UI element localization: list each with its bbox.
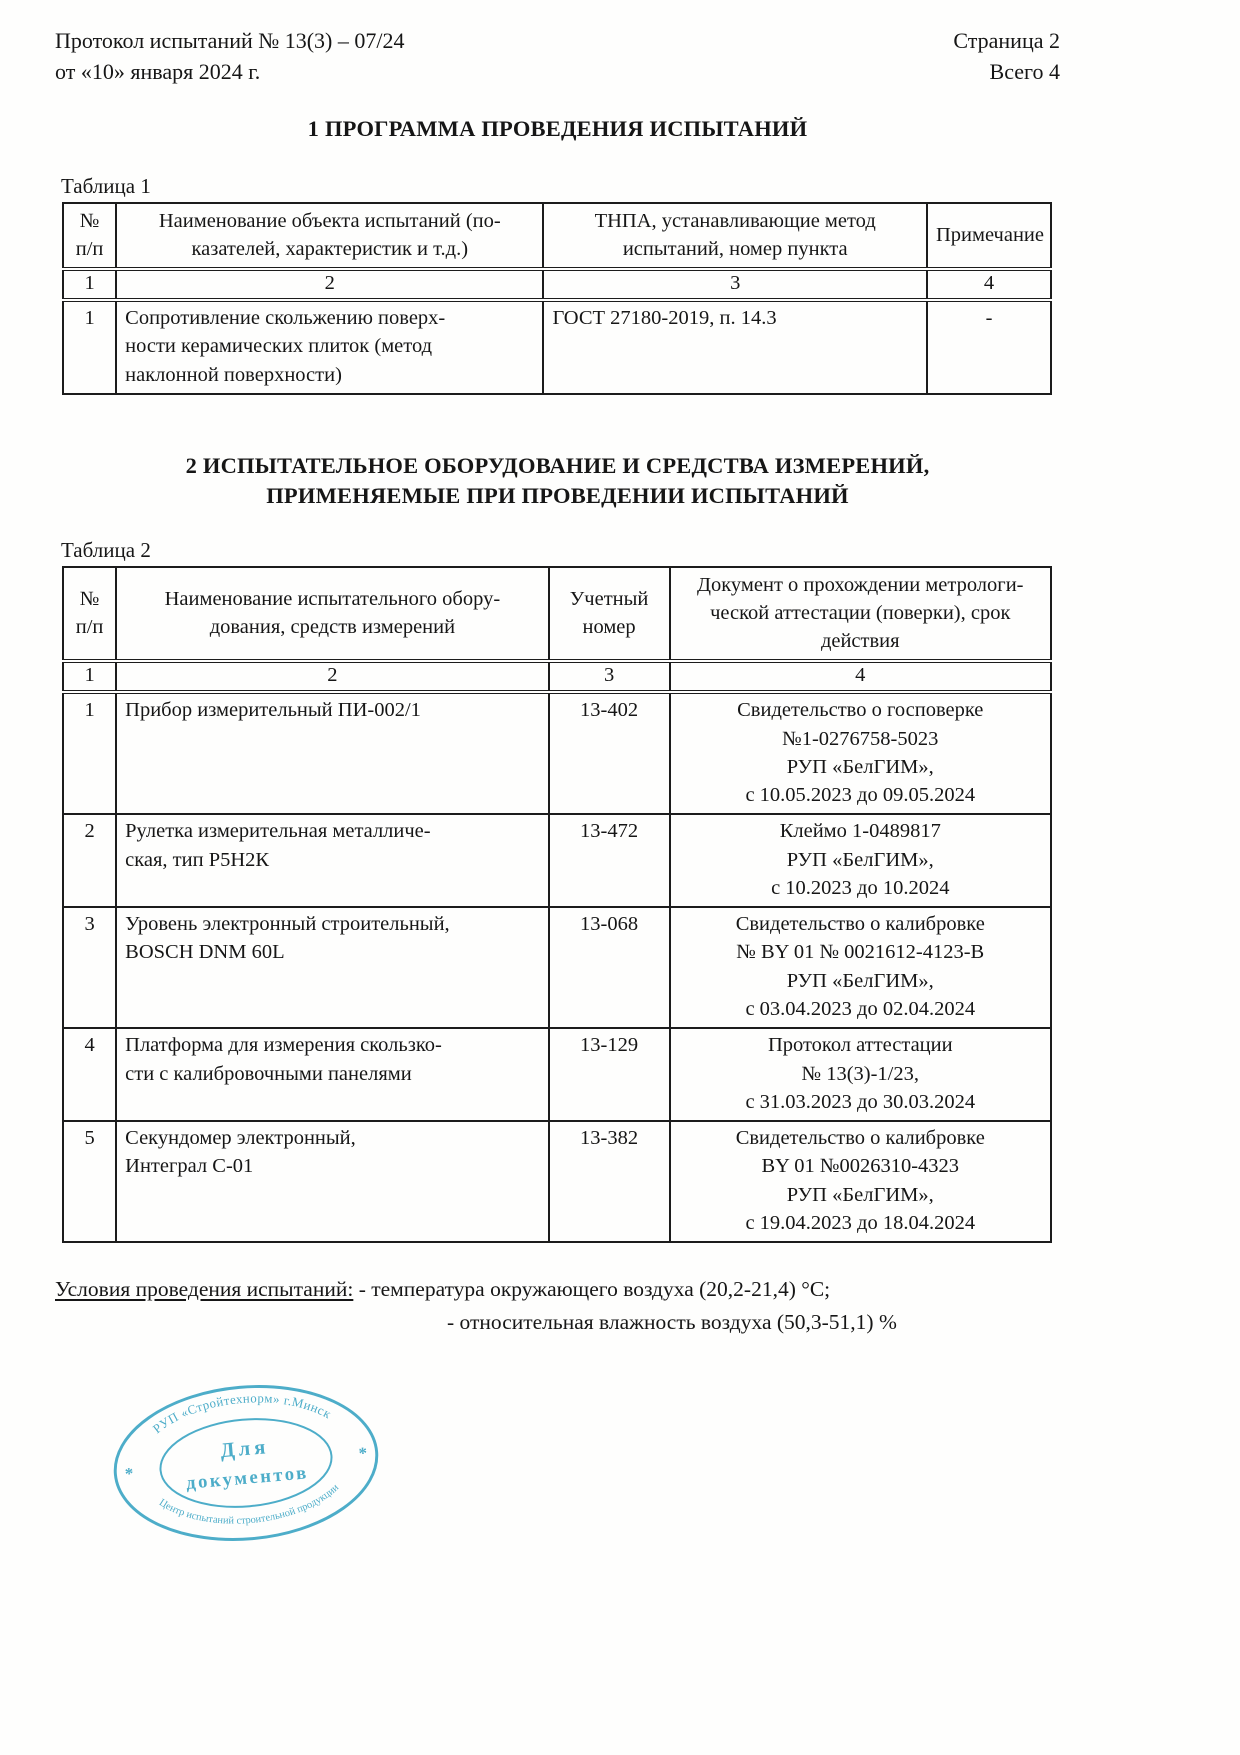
table2-r5-num: 5 — [63, 1121, 116, 1242]
table1-row-1: 1 Сопротивление скольжению поверх- ности… — [63, 300, 1051, 394]
section2-title-line1: 2 ИСПЫТАТЕЛЬНОЕ ОБОРУДОВАНИЕ И СРЕДСТВА … — [55, 451, 1060, 481]
section1-title: 1 ПРОГРАММА ПРОВЕДЕНИЯ ИСПЫТАНИЙ — [55, 114, 1060, 144]
table-program: № п/п Наименование объекта испытаний (по… — [62, 202, 1052, 395]
table2-colnum-3: 3 — [549, 661, 670, 693]
table2-row-3: 3 Уровень электронный строительный, BOSC… — [63, 907, 1051, 1028]
pagination-block: Страница 2 Всего 4 — [953, 26, 1060, 88]
table2-r5-regnum: 13-382 — [549, 1121, 670, 1242]
table2-r3-regnum: 13-068 — [549, 907, 670, 1028]
table2-r2-document: Клеймо 1-0489817 РУП «БелГИМ», с 10.2023… — [670, 814, 1051, 907]
table2-row-2: 2 Рулетка измерительная металличе- ская,… — [63, 814, 1051, 907]
table2-r5-document: Свидетельство о калибровке BY 01 №002631… — [670, 1121, 1051, 1242]
table2-r3-equipment: Уровень электронный строительный, BOSCH … — [116, 907, 549, 1028]
table1-colnum-2: 2 — [116, 269, 543, 301]
organization-stamp: РУП «Стройтехнорм» г.Минск Центр испытан… — [101, 1370, 390, 1555]
table1-cell-tnpa: ГОСТ 27180-2019, п. 14.3 — [543, 300, 927, 394]
table2-row-1: 1 Прибор измерительный ПИ-002/1 13-402 С… — [63, 692, 1051, 814]
table2-colnum-1: 1 — [63, 661, 116, 693]
table2-header-regnum: Учетный номер — [549, 567, 670, 661]
table-equipment: № п/п Наименование испытательного обору-… — [62, 566, 1052, 1244]
conditions-label: Условия проведения испытаний: — [55, 1277, 353, 1301]
stamp-star-left: * — [124, 1464, 134, 1484]
table2-header-equipment: Наименование испытательного обору- дован… — [116, 567, 549, 661]
page-number: Страница 2 — [953, 26, 1060, 57]
test-conditions: Условия проведения испытаний: - температ… — [55, 1273, 1060, 1338]
table2-r2-num: 2 — [63, 814, 116, 907]
protocol-number-block: Протокол испытаний № 13(3) – 07/24 от «1… — [55, 26, 405, 88]
table1-header-tnpa: ТНПА, устанавливающие метод испытаний, н… — [543, 203, 927, 269]
table2-r1-regnum: 13-402 — [549, 692, 670, 814]
table2-r4-regnum: 13-129 — [549, 1028, 670, 1121]
table2-r4-document: Протокол аттестации № 13(3)-1/23, с 31.0… — [670, 1028, 1051, 1121]
table2-r2-equipment: Рулетка измерительная металличе- ская, т… — [116, 814, 549, 907]
table1-numbering-row: 1 2 3 4 — [63, 269, 1051, 301]
total-pages: Всего 4 — [953, 57, 1060, 88]
stamp-graphic: РУП «Стройтехнорм» г.Минск Центр испытан… — [101, 1370, 390, 1555]
stamp-ring-bottom-text: Центр испытаний строительной продукции — [156, 1481, 344, 1534]
table1-colnum-3: 3 — [543, 269, 927, 301]
section2-title-line2: ПРИМЕНЯЕМЫЕ ПРИ ПРОВЕДЕНИИ ИСПЫТАНИЙ — [55, 481, 1060, 511]
table2-r4-num: 4 — [63, 1028, 116, 1121]
table2-header-document: Документ о прохождении метрологи- ческой… — [670, 567, 1051, 661]
table1-cell-object: Сопротивление скольжению поверх- ности к… — [116, 300, 543, 394]
document-page: Протокол испытаний № 13(3) – 07/24 от «1… — [0, 0, 1240, 1755]
table2-r5-equipment: Секундомер электронный, Интеграл С-01 — [116, 1121, 549, 1242]
table1-colnum-1: 1 — [63, 269, 116, 301]
table1-header-num: № п/п — [63, 203, 116, 269]
stamp-star-right: * — [358, 1443, 368, 1463]
table2-colnum-2: 2 — [116, 661, 549, 693]
conditions-humidity: - относительная влажность воздуха (50,3-… — [55, 1306, 1060, 1338]
table2-row-5: 5 Секундомер электронный, Интеграл С-01 … — [63, 1121, 1051, 1242]
page-header: Протокол испытаний № 13(3) – 07/24 от «1… — [55, 26, 1060, 88]
table1-colnum-4: 4 — [927, 269, 1051, 301]
table2-r3-num: 3 — [63, 907, 116, 1028]
table2-r4-equipment: Платформа для измерения скользко- сти с … — [116, 1028, 549, 1121]
table1-header-row: № п/п Наименование объекта испытаний (по… — [63, 203, 1051, 269]
protocol-number: Протокол испытаний № 13(3) – 07/24 — [55, 26, 405, 57]
table2-r3-document: Свидетельство о калибровке № BY 01 № 002… — [670, 907, 1051, 1028]
table1-cell-note: - — [927, 300, 1051, 394]
table2-r2-regnum: 13-472 — [549, 814, 670, 907]
protocol-date: от «10» января 2024 г. — [55, 57, 405, 88]
table2-header-num: № п/п — [63, 567, 116, 661]
table2-row-4: 4 Платформа для измерения скользко- сти … — [63, 1028, 1051, 1121]
table2-r1-equipment: Прибор измерительный ПИ-002/1 — [116, 692, 549, 814]
table2-header-row: № п/п Наименование испытательного обору-… — [63, 567, 1051, 661]
section2-title: 2 ИСПЫТАТЕЛЬНОЕ ОБОРУДОВАНИЕ И СРЕДСТВА … — [55, 451, 1060, 512]
table2-r1-document: Свидетельство о госповерке №1-0276758-50… — [670, 692, 1051, 814]
table1-header-note: Примечание — [927, 203, 1051, 269]
stamp-center-line1: Для — [219, 1436, 270, 1462]
table2-numbering-row: 1 2 3 4 — [63, 661, 1051, 693]
conditions-temperature: - температура окружающего воздуха (20,2-… — [359, 1277, 830, 1301]
table1-header-object: Наименование объекта испытаний (по- каза… — [116, 203, 543, 269]
table2-colnum-4: 4 — [670, 661, 1051, 693]
table1-caption: Таблица 1 — [61, 174, 1060, 199]
conditions-line1: Условия проведения испытаний: - температ… — [55, 1273, 1060, 1305]
stamp-center-line2: документов — [185, 1462, 309, 1494]
table1-cell-num: 1 — [63, 300, 116, 394]
table2-caption: Таблица 2 — [61, 538, 1060, 563]
stamp-inner-ring — [157, 1412, 335, 1513]
table2-r1-num: 1 — [63, 692, 116, 814]
